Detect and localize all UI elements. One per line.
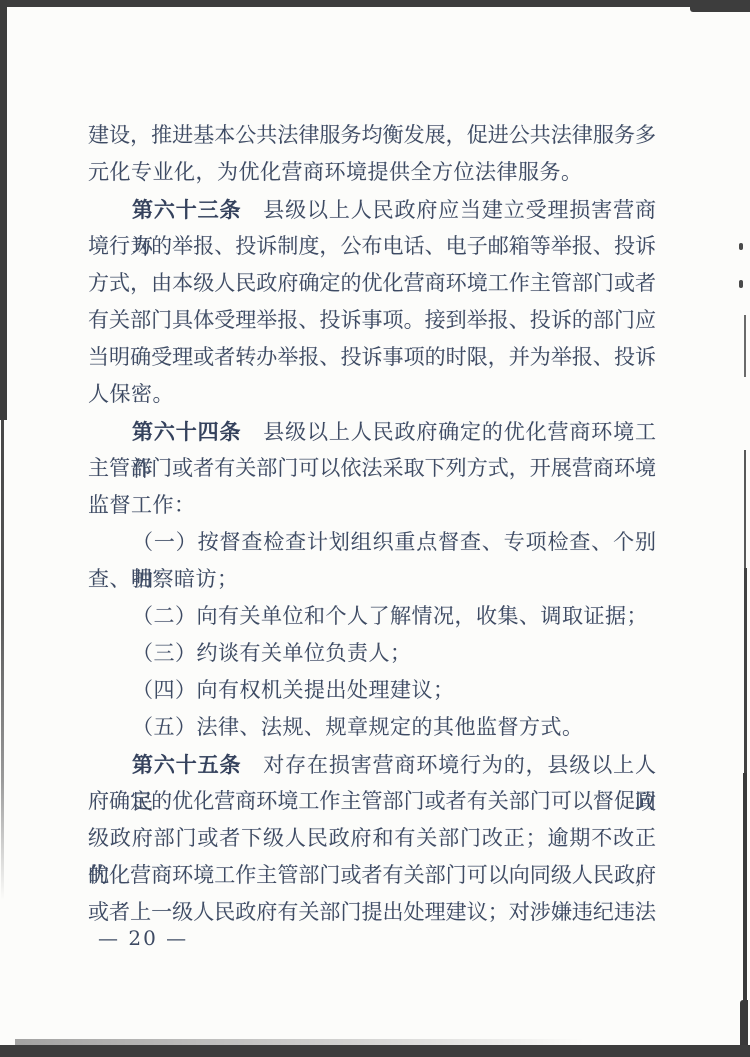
scan-edge-left-fade — [1, 420, 4, 900]
text-segment: 主管部门或者有关部门可以依法采取下列方式，开展营商环境 — [88, 456, 656, 480]
scan-edge-right-segment — [744, 568, 747, 773]
document-text: 建设，推进基本公共法律服务均衡发展，促进公共法律服务多元化专业化，为优化营商环境… — [88, 117, 656, 931]
text-line: 第六十四条 县级以上人民政府确定的优化营商环境工作 — [88, 413, 656, 450]
page-number: — 20 — — [98, 924, 188, 952]
text-line: 监督工作： — [88, 487, 656, 524]
text-segment: 境行为的举报、投诉制度，公布电话、电子邮箱等举报、投诉 — [88, 234, 656, 258]
text-line: （一）按督查检查计划组织重点督查、专项检查、个别抽 — [88, 524, 656, 561]
scan-artifact-mark — [739, 243, 743, 250]
text-line: 查、明察暗访； — [88, 561, 656, 598]
text-line: （四）向有权机关提出处理建议； — [88, 672, 656, 709]
text-line: 级政府部门或者下级人民政府和有关部门改正；逾期不改正的， — [88, 820, 656, 857]
scan-edge-left — [0, 0, 7, 420]
text-segment: 建设，推进基本公共法律服务均衡发展，促进公共法律服务多 — [88, 123, 656, 147]
scanned-document-page: 建设，推进基本公共法律服务均衡发展，促进公共法律服务多元化专业化，为优化营商环境… — [0, 0, 750, 1057]
text-line: 境行为的举报、投诉制度，公布电话、电子邮箱等举报、投诉 — [88, 228, 656, 265]
text-line: 元化专业化，为优化营商环境提供全方位法律服务。 — [88, 154, 656, 191]
text-segment: 或者上一级人民政府有关部门提出处理建议；对涉嫌违纪违法 — [88, 900, 656, 924]
page-number-text: — 20 — — [98, 926, 188, 950]
article-number: 第六十三条 — [132, 197, 241, 222]
scan-edge-right-segment — [744, 315, 746, 377]
scan-edge-top-right — [690, 0, 750, 12]
scan-artifact-mark — [739, 280, 743, 288]
text-line: 优化营商环境工作主管部门或者有关部门可以向同级人民政府 — [88, 857, 656, 894]
text-segment: （五）法律、法规、规章规定的其他监督方式。 — [132, 715, 584, 739]
text-segment: 监督工作： — [88, 493, 196, 517]
text-line: （三）约谈有关单位负责人； — [88, 635, 656, 672]
text-line: 第六十三条 县级以上人民政府应当建立受理损害营商环 — [88, 191, 656, 228]
scan-edge-right-segment — [743, 773, 747, 1003]
text-line: 府确定的优化营商环境工作主管部门或者有关部门可以督促同 — [88, 783, 656, 820]
text-segment: （四）向有权机关提出处理建议； — [132, 678, 455, 702]
text-segment: 方式，由本级人民政府确定的优化营商环境工作主管部门或者 — [88, 271, 656, 295]
text-segment: 府确定的优化营商环境工作主管部门或者有关部门可以督促同 — [88, 789, 656, 813]
text-segment: 人保密。 — [88, 382, 174, 406]
text-line: 建设，推进基本公共法律服务均衡发展，促进公共法律服务多 — [88, 117, 656, 154]
text-line: 第六十五条 对存在损害营商环境行为的，县级以上人民政 — [88, 746, 656, 783]
text-segment: （二）向有关单位和个人了解情况，收集、调取证据； — [132, 604, 648, 628]
text-line: 当明确受理或者转办举报、投诉事项的时限，并为举报、投诉 — [88, 339, 656, 376]
text-line: 人保密。 — [88, 376, 656, 413]
text-line: 主管部门或者有关部门可以依法采取下列方式，开展营商环境 — [88, 450, 656, 487]
text-line: 方式，由本级人民政府确定的优化营商环境工作主管部门或者 — [88, 265, 656, 302]
text-segment: 优化营商环境工作主管部门或者有关部门可以向同级人民政府 — [88, 863, 656, 887]
scan-edge-bottom — [0, 1045, 750, 1057]
text-line: （二）向有关单位和个人了解情况，收集、调取证据； — [88, 598, 656, 635]
text-segment: 元化专业化，为优化营商环境提供全方位法律服务。 — [88, 160, 583, 184]
scan-edge-right-segment — [744, 450, 746, 568]
text-line: （五）法律、法规、规章规定的其他监督方式。 — [88, 709, 656, 746]
article-number: 第六十五条 — [132, 752, 241, 777]
text-segment: 有关部门具体受理举报、投诉事项。接到举报、投诉的部门应 — [88, 308, 656, 332]
scan-edge-right-foot — [740, 1000, 748, 1050]
scan-edge-top — [0, 0, 750, 7]
text-segment: 当明确受理或者转办举报、投诉事项的时限，并为举报、投诉 — [88, 345, 656, 369]
text-segment: 查、明察暗访； — [88, 567, 239, 591]
article-number: 第六十四条 — [132, 419, 241, 444]
text-line: 有关部门具体受理举报、投诉事项。接到举报、投诉的部门应 — [88, 302, 656, 339]
text-segment: （三）约谈有关单位负责人； — [132, 641, 412, 665]
